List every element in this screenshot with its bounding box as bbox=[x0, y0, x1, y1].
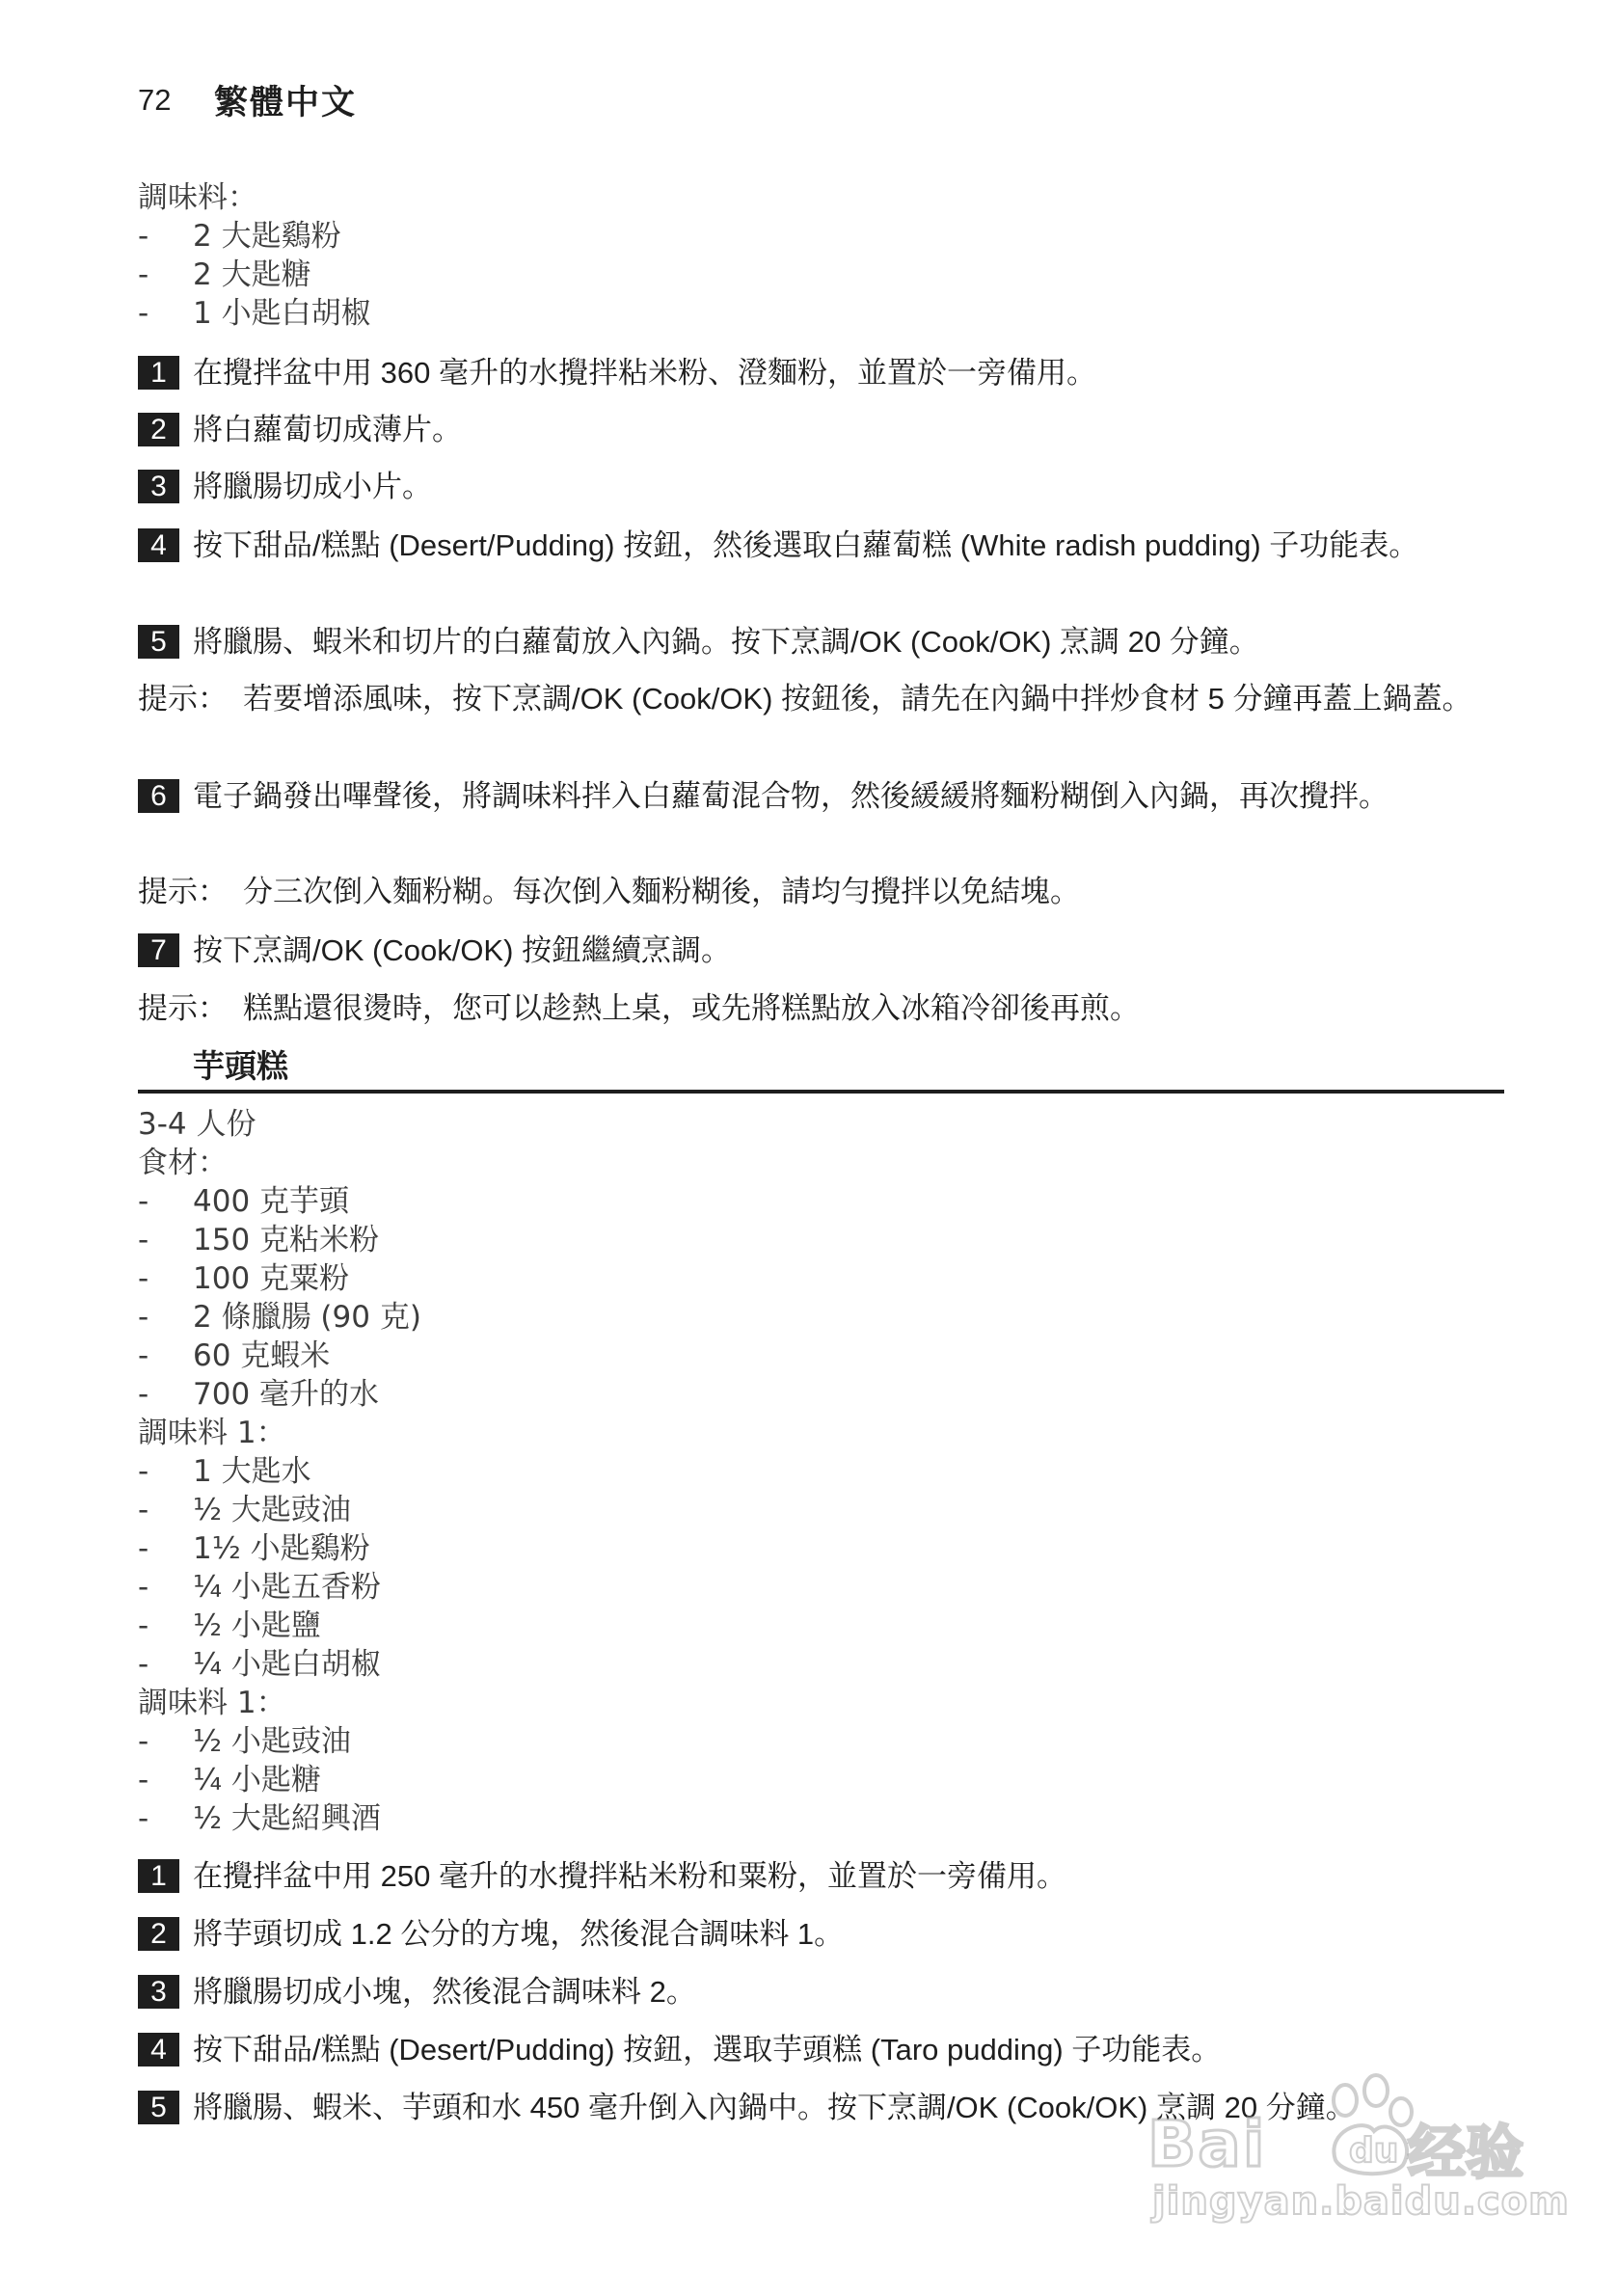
list-item: - 2 條臘腸 (90 克) bbox=[138, 1298, 421, 1337]
taro-step-4: 4 按下甜品/糕點 (Desert/Pudding) 按鈕，選取芋頭糕 (Tar… bbox=[138, 2031, 1507, 2069]
list-item: - ½ 大匙豉油 bbox=[138, 1491, 421, 1529]
radish-step-1: 1 在攪拌盆中用 360 毫升的水攪拌粘米粉、澄麵粉，並置於一旁備用。 bbox=[138, 354, 1507, 392]
step-number-badge: 7 bbox=[138, 933, 179, 967]
tip-label: 提示： bbox=[138, 682, 228, 716]
radish-tip-3: 提示：糕點還很燙時，您可以趁熱上桌，或先將糕點放入冰箱冷卻後再煎。 bbox=[138, 989, 1507, 1028]
list-item: - ¼ 小匙糖 bbox=[138, 1761, 421, 1799]
step-number-badge: 5 bbox=[138, 625, 179, 659]
tip-label: 提示： bbox=[138, 875, 228, 908]
radish-step-2: 2 將白蘿蔔切成薄片。 bbox=[138, 411, 1507, 449]
list-item-text: ½ 小匙鹽 bbox=[193, 1607, 321, 1645]
taro-ingredients-list: 3-4 人份 食材： - 400 克芋頭 - 150 克粘米粉 - 100 克粟… bbox=[138, 1105, 421, 1838]
list-dash: - bbox=[138, 1221, 193, 1259]
tip-text: 分三次倒入麵粉糊。每次倒入麵粉糊後，請均勻攪拌以免結塊。 bbox=[243, 875, 1080, 908]
tip-text: 糕點還很燙時，您可以趁熱上桌，或先將糕點放入冰箱冷卻後再煎。 bbox=[243, 991, 1140, 1025]
list-item: - 2 大匙糖 bbox=[138, 256, 371, 294]
list-item-text: 1½ 小匙鷄粉 bbox=[193, 1529, 370, 1568]
watermark-url-text: jingyan.baidu.com bbox=[1152, 2179, 1570, 2224]
radish-tip-1: 提示：若要增添風味，按下烹調/OK (Cook/OK) 按鈕後，請先在內鍋中拌炒… bbox=[138, 680, 1507, 718]
list-dash: - bbox=[138, 1298, 193, 1337]
step-text: 將白蘿蔔切成薄片。 bbox=[193, 411, 1507, 449]
list-item: - 400 克芋頭 bbox=[138, 1182, 421, 1221]
page-language-title: 繁體中文 bbox=[214, 76, 357, 124]
list-item-text: 2 大匙糖 bbox=[193, 256, 311, 294]
step-number-badge: 4 bbox=[138, 528, 179, 562]
list-item-text: 700 毫升的水 bbox=[193, 1375, 379, 1414]
step-number-badge: 3 bbox=[138, 1975, 179, 2009]
step-text: 按下烹調/OK (Cook/OK) 按鈕繼續烹調。 bbox=[193, 932, 1507, 970]
list-item-text: ½ 小匙豉油 bbox=[193, 1722, 351, 1761]
list-dash: - bbox=[138, 1491, 193, 1529]
list-dash: - bbox=[138, 1607, 193, 1645]
list-dash: - bbox=[138, 1568, 193, 1607]
watermark-du-text: du bbox=[1349, 2131, 1398, 2171]
page-number: 72 bbox=[138, 83, 214, 118]
list-dash: - bbox=[138, 1645, 193, 1684]
taro-step-5: 5 將臘腸、蝦米、芋頭和水 450 毫升倒入內鍋中。按下烹調/OK (Cook/… bbox=[138, 2089, 1507, 2127]
list-item: - 1 大匙水 bbox=[138, 1452, 421, 1491]
list-dash: - bbox=[138, 1182, 193, 1221]
list-dash: - bbox=[138, 1375, 193, 1414]
step-text: 在攪拌盆中用 360 毫升的水攪拌粘米粉、澄麵粉，並置於一旁備用。 bbox=[193, 354, 1507, 392]
list-dash: - bbox=[138, 1337, 193, 1375]
step-number-badge: 5 bbox=[138, 2091, 179, 2124]
list-dash: - bbox=[138, 217, 193, 256]
step-text: 在攪拌盆中用 250 毫升的水攪拌粘米粉和粟粉，並置於一旁備用。 bbox=[193, 1857, 1507, 1896]
list-dash: - bbox=[138, 1722, 193, 1761]
list-item: - ½ 大匙紹興酒 bbox=[138, 1799, 421, 1838]
step-number-badge: 1 bbox=[138, 1859, 179, 1893]
step-number-badge: 2 bbox=[138, 413, 179, 446]
step-text: 將臘腸、蝦米、芋頭和水 450 毫升倒入內鍋中。按下烹調/OK (Cook/OK… bbox=[193, 2089, 1507, 2127]
list-item-text: 1 小匙白胡椒 bbox=[193, 294, 371, 333]
list-item: - ¼ 小匙白胡椒 bbox=[138, 1645, 421, 1684]
list-item-text: ¼ 小匙白胡椒 bbox=[193, 1645, 381, 1684]
radish-step-4: 4 按下甜品/糕點 (Desert/Pudding) 按鈕，然後選取白蘿蔔糕 (… bbox=[138, 527, 1507, 565]
list-item: - 700 毫升的水 bbox=[138, 1375, 421, 1414]
list-item-text: 60 克蝦米 bbox=[193, 1337, 330, 1375]
step-text: 將臘腸切成小片。 bbox=[193, 468, 1507, 506]
seasoning-1-heading: 調味料 1： bbox=[138, 1414, 421, 1452]
section-title-taro-pudding: 芋頭糕 bbox=[193, 1047, 288, 1086]
list-item-text: 2 大匙鷄粉 bbox=[193, 217, 341, 256]
step-number-badge: 3 bbox=[138, 470, 179, 503]
step-number-badge: 6 bbox=[138, 779, 179, 813]
servings: 3-4 人份 bbox=[138, 1105, 421, 1144]
radish-step-5: 5 將臘腸、蝦米和切片的白蘿蔔放入內鍋。按下烹調/OK (Cook/OK) 烹調… bbox=[138, 623, 1507, 662]
list-item: - 2 大匙鷄粉 bbox=[138, 217, 371, 256]
tip-text: 若要增添風味，按下烹調/OK (Cook/OK) 按鈕後，請先在內鍋中拌炒食材 … bbox=[243, 682, 1472, 716]
radish-seasoning-list: 調味料： - 2 大匙鷄粉 - 2 大匙糖 - 1 小匙白胡椒 bbox=[138, 178, 371, 333]
step-text: 按下甜品/糕點 (Desert/Pudding) 按鈕，然後選取白蘿蔔糕 (Wh… bbox=[193, 527, 1507, 565]
step-number-badge: 4 bbox=[138, 2033, 179, 2066]
list-dash: - bbox=[138, 294, 193, 333]
radish-step-6: 6 電子鍋發出嗶聲後，將調味料拌入白蘿蔔混合物，然後緩緩將麵粉糊倒入內鍋，再次攪… bbox=[138, 777, 1507, 816]
step-text: 將芋頭切成 1.2 公分的方塊，然後混合調味料 1。 bbox=[193, 1915, 1507, 1954]
list-item: - ½ 小匙鹽 bbox=[138, 1607, 421, 1645]
list-item: - ½ 小匙豉油 bbox=[138, 1722, 421, 1761]
list-item-text: 1 大匙水 bbox=[193, 1452, 311, 1491]
step-text: 將臘腸切成小塊，然後混合調味料 2。 bbox=[193, 1973, 1507, 2012]
list-item: - 1½ 小匙鷄粉 bbox=[138, 1529, 421, 1568]
seasoning-2-heading: 調味料 1： bbox=[138, 1684, 421, 1722]
list-item-text: 150 克粘米粉 bbox=[193, 1221, 379, 1259]
radish-step-3: 3 將臘腸切成小片。 bbox=[138, 468, 1507, 506]
taro-step-3: 3 將臘腸切成小塊，然後混合調味料 2。 bbox=[138, 1973, 1507, 2012]
ingredients-heading: 食材： bbox=[138, 1144, 421, 1182]
step-text: 將臘腸、蝦米和切片的白蘿蔔放入內鍋。按下烹調/OK (Cook/OK) 烹調 2… bbox=[193, 623, 1507, 662]
step-text: 按下甜品/糕點 (Desert/Pudding) 按鈕，選取芋頭糕 (Taro … bbox=[193, 2031, 1507, 2069]
list-dash: - bbox=[138, 1761, 193, 1799]
step-text: 電子鍋發出嗶聲後，將調味料拌入白蘿蔔混合物，然後緩緩將麵粉糊倒入內鍋，再次攪拌。 bbox=[193, 777, 1507, 816]
seasoning-heading: 調味料： bbox=[138, 178, 371, 217]
taro-step-1: 1 在攪拌盆中用 250 毫升的水攪拌粘米粉和粟粉，並置於一旁備用。 bbox=[138, 1857, 1507, 1896]
list-item-text: 2 條臘腸 (90 克) bbox=[193, 1298, 421, 1337]
list-dash: - bbox=[138, 1452, 193, 1491]
list-item-text: ¼ 小匙糖 bbox=[193, 1761, 321, 1799]
list-dash: - bbox=[138, 1799, 193, 1838]
list-item: - 150 克粘米粉 bbox=[138, 1221, 421, 1259]
page-header: 72 繁體中文 bbox=[138, 81, 357, 120]
list-item-text: ¼ 小匙五香粉 bbox=[193, 1568, 381, 1607]
radish-step-7: 7 按下烹調/OK (Cook/OK) 按鈕繼續烹調。 bbox=[138, 932, 1507, 970]
list-dash: - bbox=[138, 256, 193, 294]
list-item: - 100 克粟粉 bbox=[138, 1259, 421, 1298]
list-item: - ¼ 小匙五香粉 bbox=[138, 1568, 421, 1607]
radish-tip-2: 提示：分三次倒入麵粉糊。每次倒入麵粉糊後，請均勻攪拌以免結塊。 bbox=[138, 873, 1507, 911]
step-number-badge: 2 bbox=[138, 1917, 179, 1951]
tip-label: 提示： bbox=[138, 991, 228, 1025]
list-item-text: ½ 大匙紹興酒 bbox=[193, 1799, 381, 1838]
step-number-badge: 1 bbox=[138, 356, 179, 390]
list-item: - 60 克蝦米 bbox=[138, 1337, 421, 1375]
list-item-text: 400 克芋頭 bbox=[193, 1182, 349, 1221]
list-item-text: ½ 大匙豉油 bbox=[193, 1491, 351, 1529]
list-item: - 1 小匙白胡椒 bbox=[138, 294, 371, 333]
list-item-text: 100 克粟粉 bbox=[193, 1259, 349, 1298]
list-dash: - bbox=[138, 1529, 193, 1568]
list-dash: - bbox=[138, 1259, 193, 1298]
taro-step-2: 2 將芋頭切成 1.2 公分的方塊，然後混合調味料 1。 bbox=[138, 1915, 1507, 1954]
section-divider bbox=[138, 1090, 1504, 1094]
